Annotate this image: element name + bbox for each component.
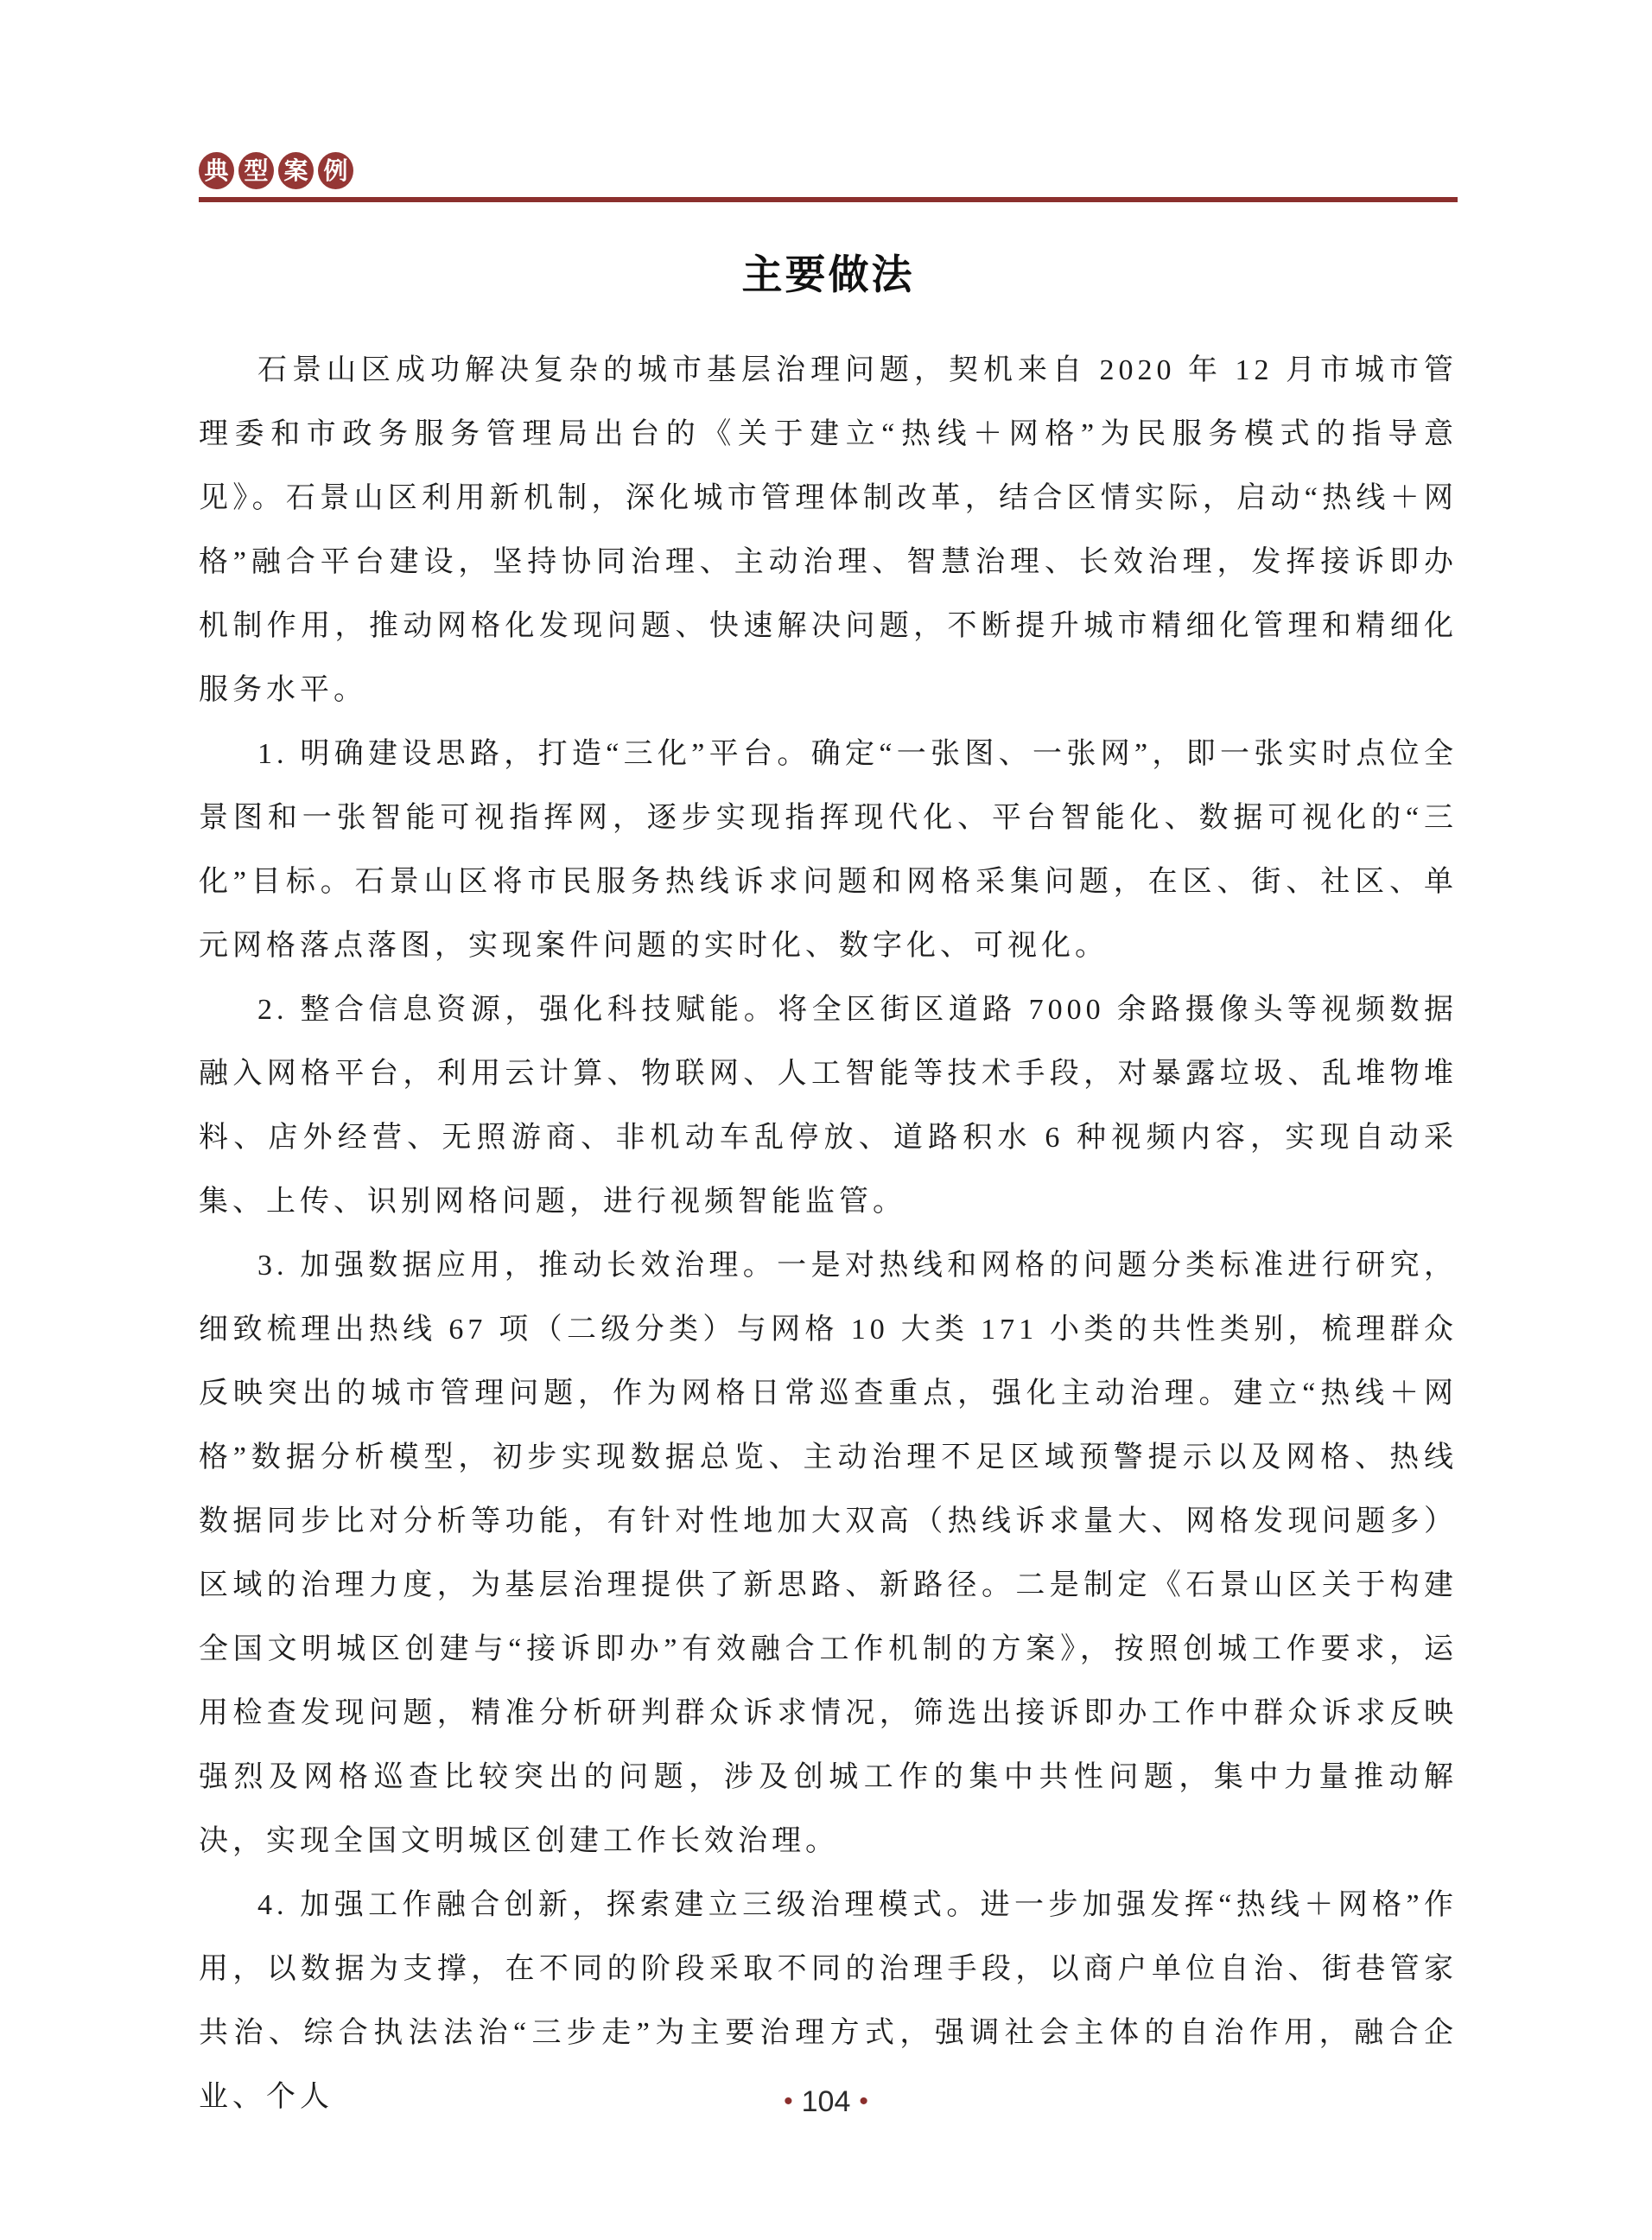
header-badge: 典 型 案 例 bbox=[199, 152, 1458, 189]
badge-char-4: 例 bbox=[318, 152, 353, 189]
document-page: { "header": { "badge_chars": ["典", "型", … bbox=[0, 0, 1652, 2240]
page-number: 104 bbox=[802, 2085, 851, 2118]
page-title: 主要做法 bbox=[199, 252, 1458, 297]
paragraph-intro: 石景山区成功解决复杂的城市基层治理问题，契机来自 2020 年 12 月市城市管… bbox=[199, 339, 1458, 722]
paragraph-item-1: 1. 明确建设思路，打造“三化”平台。确定“一张图、一张网”，即一张实时点位全景… bbox=[199, 722, 1458, 978]
paragraph-item-2: 2. 整合信息资源，强化科技赋能。将全区街区道路 7000 余路摄像头等视频数据… bbox=[199, 978, 1458, 1234]
page-content: 典 型 案 例 主要做法 石景山区成功解决复杂的城市基层治理问题，契机来自 20… bbox=[199, 0, 1458, 2129]
paragraph-item-3: 3. 加强数据应用，推动长效治理。一是对热线和网格的问题分类标准进行研究，细致梳… bbox=[199, 1234, 1458, 1874]
body-text: 石景山区成功解决复杂的城市基层治理问题，契机来自 2020 年 12 月市城市管… bbox=[199, 339, 1458, 2129]
badge-char-3: 案 bbox=[278, 152, 314, 189]
badge-char-2: 型 bbox=[238, 152, 274, 189]
page-footer: •104• bbox=[0, 2084, 1652, 2119]
badge-char-1: 典 bbox=[199, 152, 234, 189]
footer-dot-left: • bbox=[775, 2087, 802, 2116]
footer-dot-right: • bbox=[850, 2087, 877, 2116]
header-rule-divider bbox=[199, 197, 1458, 202]
